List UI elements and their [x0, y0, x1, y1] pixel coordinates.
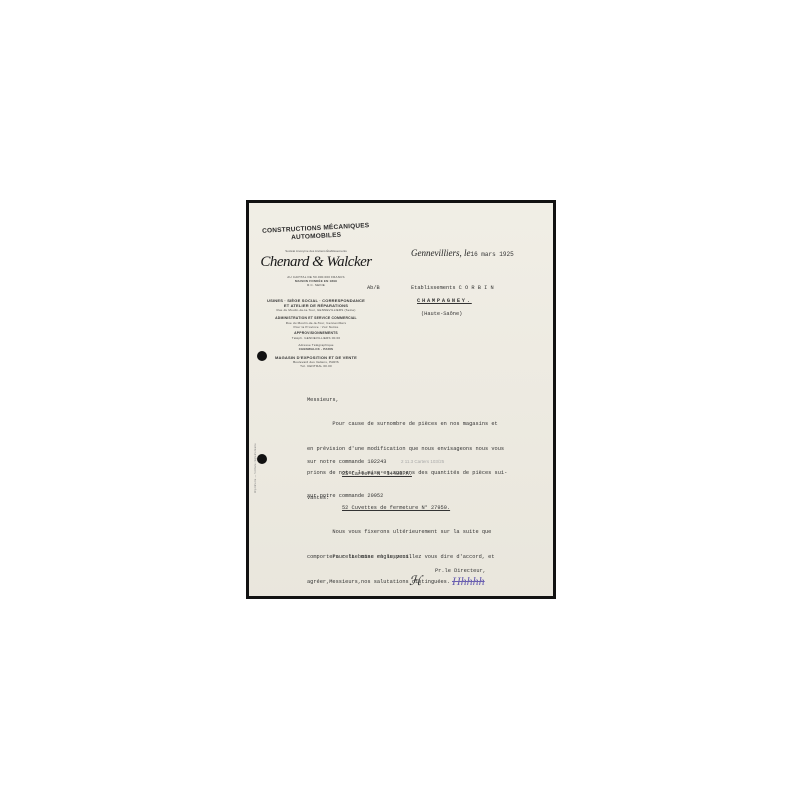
salutation: Messieurs, — [307, 397, 339, 403]
para2-line1: Nous vous fixerons ultérieurement sur la… — [307, 529, 491, 542]
pencil-annotation: 2 11.3 Carters 103/25 — [401, 459, 444, 464]
margin-printer-note: Imprimerie — formule réglementaire — [254, 443, 257, 493]
company-logo-script: Chenard & Walcker — [257, 254, 375, 271]
registry: R.C. SEINE — [257, 283, 375, 287]
reference: Ab/B — [367, 285, 380, 291]
recipient-name: Etablissements C O R B I N — [411, 285, 494, 291]
para1-line2: en prévision d'une modification que nous… — [307, 446, 507, 459]
magasin-line3: Tél. CENTRAL 00.00 — [257, 364, 375, 368]
recipient-region: (Haute-Saône) — [421, 311, 462, 317]
letterhead-company-type: Société Anonyme des Anciens Établissemen… — [257, 249, 375, 253]
para1-line1: Pour cause de surnombre de pièces en nos… — [307, 421, 507, 434]
date: 16 mars 1925 — [470, 251, 513, 258]
letterhead-admin-block: ADMINISTRATION ET SERVICE COMMERCIAL Rue… — [257, 316, 375, 329]
signature: Hhhhh — [452, 574, 485, 589]
letter-document: Imprimerie — formule réglementaire CONST… — [246, 200, 556, 599]
letterhead-telegraph-block: Adresse Télégraphique CHENWALCK - PARIS — [257, 343, 375, 351]
order2-label: sur notre commande 20952 — [307, 493, 383, 499]
order1-item: 25 Carters N° 14400 A. — [342, 471, 412, 477]
letterhead-magasin-block: MAGASIN D'EXPOSITION ET DE VENTE Bouleva… — [257, 355, 375, 368]
letterhead-approvisionnements-block: APPROVISIONNEMENTS Téléph. GENNEVILLIERS… — [257, 331, 375, 340]
letterhead-usines-block: USINES · SIÈGE SOCIAL · CORRESPONDANCE E… — [257, 298, 375, 312]
telegraph-value: CHENWALCK - PARIS — [257, 347, 375, 351]
punch-hole-bottom — [257, 454, 267, 464]
telephone: Téléph. GENNEVILLIERS 00.00 — [257, 336, 375, 340]
admin-line3: Pour la Province : Voir Notice — [257, 325, 375, 329]
order1-label: sur notre commande 102243 — [307, 459, 386, 465]
date-line: Gennevilliers, le16 mars 1925 — [411, 243, 514, 261]
place: Gennevilliers, le — [411, 248, 470, 258]
recipient-city: CHAMPAGNEY. — [417, 298, 472, 304]
order2-item: 52 Cuvettes de fermeture N° 27950. — [342, 505, 450, 511]
letterhead-title: CONSTRUCTIONS MÉCANIQUES AUTOMOBILES — [257, 222, 376, 244]
letterhead-capital-block: AU CAPITAL DE 50.000.000 FRANCS MAISON F… — [257, 275, 375, 288]
usines-address: Rue du Moulin-de-la-Tour, GENNEVILLIERS … — [257, 308, 375, 312]
initials-mark: ℋ — [409, 573, 422, 589]
para3-line1: Pour la bonne règle,veuillez vous dire d… — [307, 554, 495, 567]
